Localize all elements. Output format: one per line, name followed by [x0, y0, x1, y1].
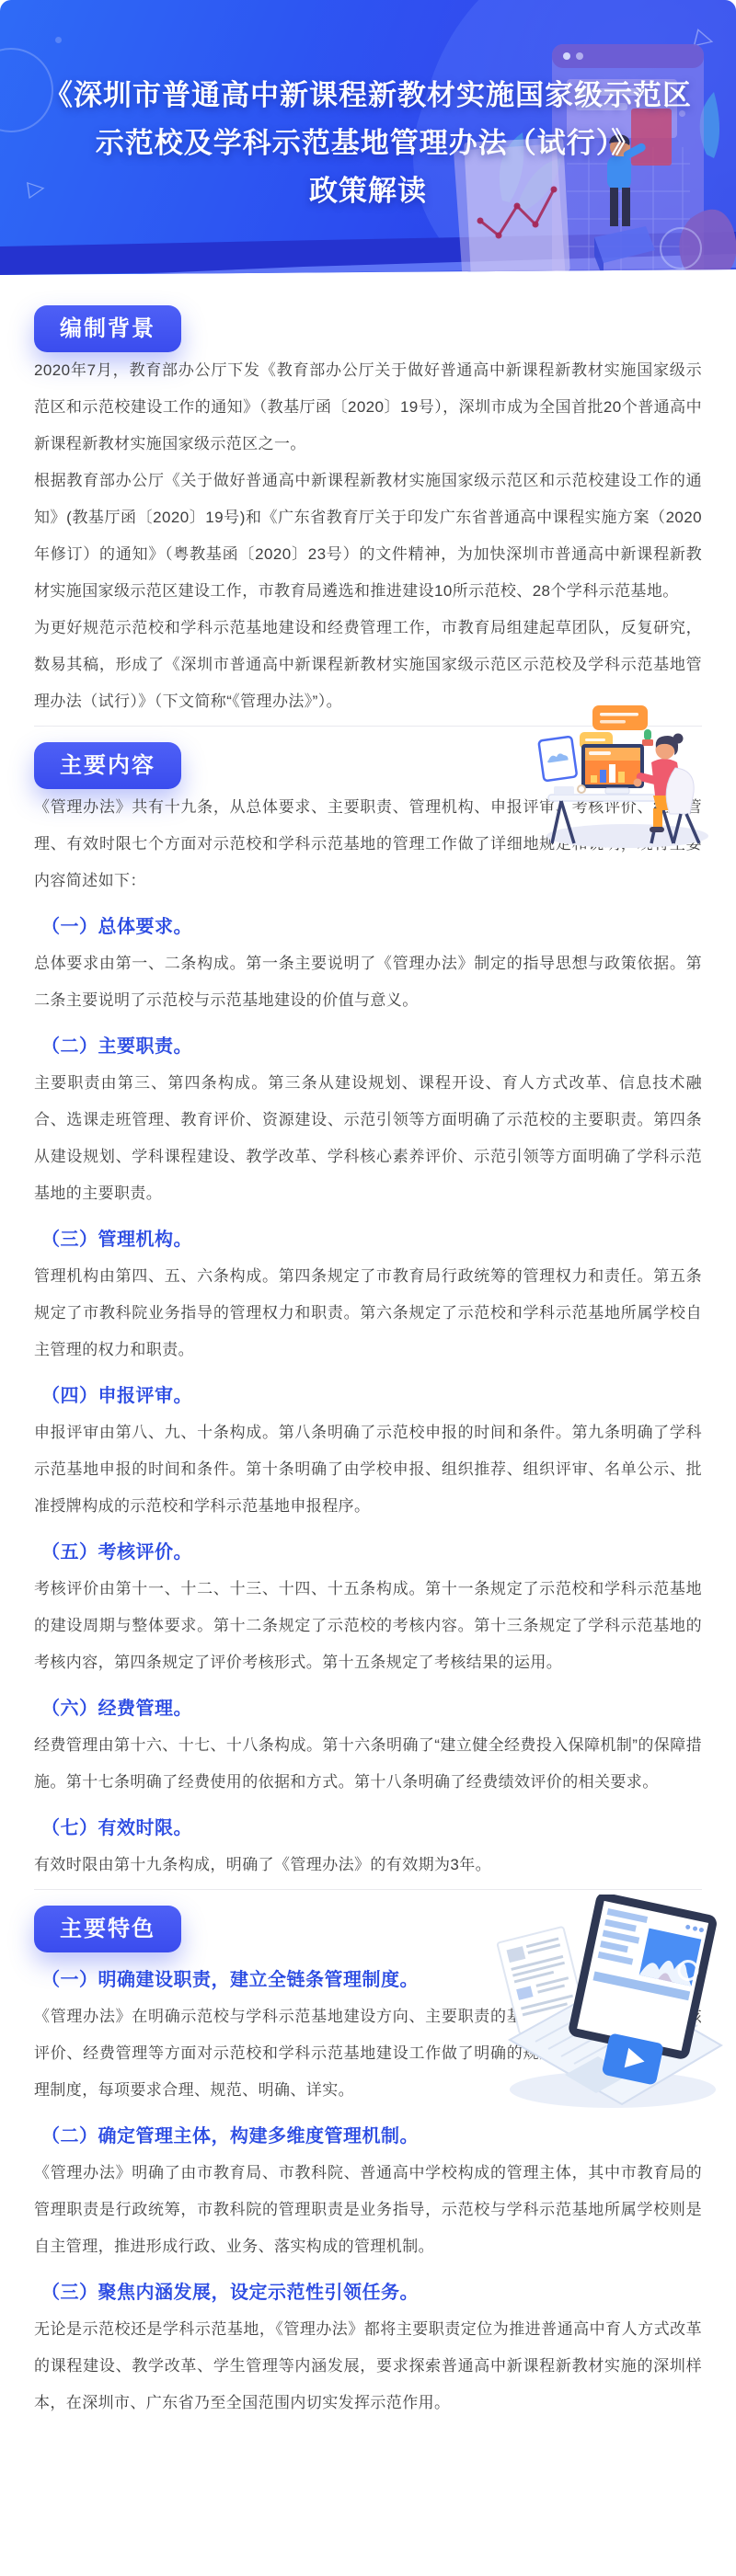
paragraph: 无论是示范校还是学科示范基地，《管理办法》都将主要职责定位为推进普通高中育人方式…	[34, 2311, 702, 2421]
paragraph: 管理机构由第四、五、六条构成。第四条规定了市教育局行政统筹的管理权力和责任。第五…	[34, 1258, 702, 1368]
subsection-heading: （三）聚焦内涵发展，设定示范性引领任务。	[41, 2274, 702, 2311]
policy-article-page: ▷ ▷	[0, 0, 736, 2576]
section-divider	[34, 726, 702, 727]
subsection-heading: （七）有效时限。	[41, 1810, 702, 1847]
subsection-heading: （五）考核评价。	[41, 1534, 702, 1571]
paragraph: 有效时限由第十九条构成，明确了《管理办法》的有效期为3年。	[34, 1847, 702, 1883]
paragraph: 《管理办法》在明确示范校与学科示范基地建设方向、主要职责的基础上，从申报评审、考…	[34, 1998, 702, 2109]
subsection-heading: （一）明确建设职责，建立全链条管理制度。	[41, 1962, 702, 1998]
content-area: 编制背景 2020年7月，教育部办公厅下发《教育部办公厅关于做好普通高中新课程新…	[0, 276, 736, 2421]
paragraph: 2020年7月，教育部办公厅下发《教育部办公厅关于做好普通高中新课程新教材实施国…	[34, 352, 702, 463]
page-title-line: 《深圳市普通高中新课程新教材实施国家级示范区	[0, 72, 736, 120]
subsection-heading: （二）确定管理主体，构建多维度管理机制。	[41, 2118, 702, 2155]
paragraph: 根据教育部办公厅《关于做好普通高中新课程新教材实施国家级示范区和示范校建设工作的…	[34, 463, 702, 610]
dot-decoration	[55, 37, 62, 43]
paragraph: 《管理办法》明确了由市教育局、市教科院、普通高中学校构成的管理主体，其中市教育局…	[34, 2155, 702, 2265]
subsection-heading: （三）管理机构。	[41, 1221, 702, 1258]
subsection-heading: （二）主要职责。	[41, 1028, 702, 1065]
page-title: 《深圳市普通高中新课程新教材实施国家级示范区 示范校及学科示范基地管理办法（试行…	[0, 72, 736, 215]
paragraph: 总体要求由第一、二条构成。第一条主要说明了《管理办法》制定的指导思想与政策依据。…	[34, 945, 702, 1019]
page-title-line: 示范校及学科示范基地管理办法（试行）》	[0, 120, 736, 167]
paragraph: 考核评价由第十一、十二、十三、十四、十五条构成。第十一条规定了示范校和学科示范基…	[34, 1571, 702, 1681]
paragraph: 为更好规范示范校和学科示范基地建设和经费管理工作，市教育局组建起草团队，反复研究…	[34, 610, 702, 720]
subsection-heading: （四）申报评审。	[41, 1378, 702, 1414]
subsection-heading: （六）经费管理。	[41, 1690, 702, 1727]
subsection-heading: （一）总体要求。	[41, 909, 702, 945]
page-title-line: 政策解读	[0, 167, 736, 215]
paragraph: 《管理办法》共有十九条，从总体要求、主要职责、管理机构、申报评审、考核评价、经费…	[34, 789, 702, 899]
paragraph: 主要职责由第三、第四条构成。第三条从建设规划、课程开设、育人方式改革、信息技术融…	[34, 1065, 702, 1212]
paragraph: 申报评审由第八、九、十条构成。第八条明确了示范校申报的时间和条件。第九条明确了学…	[34, 1414, 702, 1525]
section-badge-background: 编制背景	[34, 305, 181, 352]
paragraph: 经费管理由第十六、十七、十八条构成。第十六条明确了“建立健全经费投入保障机制”的…	[34, 1727, 702, 1801]
section-badge-features: 主要特色	[34, 1906, 181, 1952]
section-badge-main-content: 主要内容	[34, 742, 181, 789]
section-divider	[34, 1889, 702, 1890]
hero-header: ▷ ▷	[0, 0, 736, 276]
